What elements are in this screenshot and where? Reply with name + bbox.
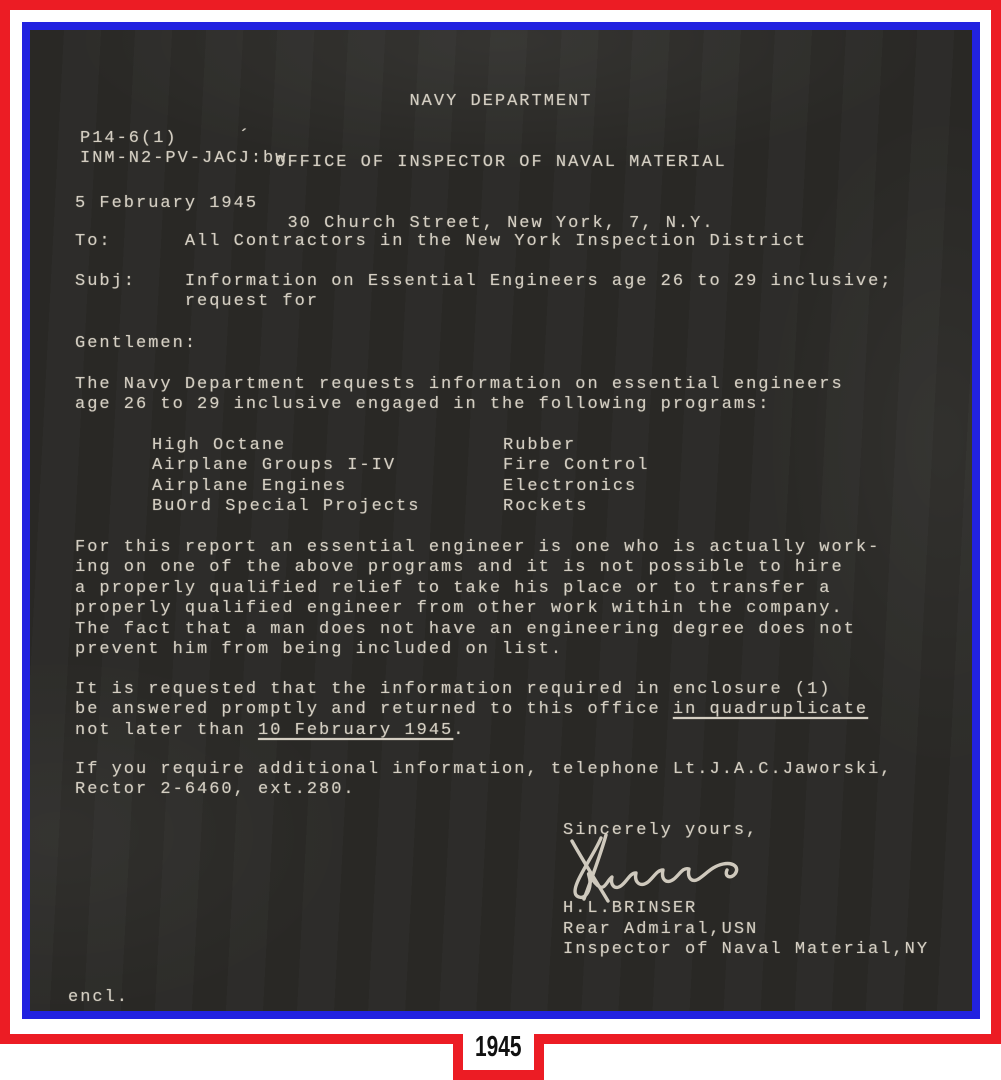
signature-titles: Rear Admiral,USN Inspector of Naval Mate… (563, 920, 929, 961)
scanned-letter-page: NAVY DEPARTMENT OFFICE OF INSPECTOR OF N… (0, 0, 1001, 1080)
request-line-2-text: be answered promptly and returned to thi… (75, 700, 673, 719)
paragraph-request: It is requested that the information req… (75, 680, 868, 741)
year-label: 1945 (475, 1034, 521, 1061)
request-line-2: be answered promptly and returned to thi… (75, 700, 868, 720)
request-line-1: It is requested that the information req… (75, 680, 868, 700)
subject-block: Subj: Information on Essential Engineers… (75, 272, 893, 313)
letterhead-department: NAVY DEPARTMENT (30, 92, 972, 112)
request-line-3: not later than 10 February 1945. (75, 721, 868, 741)
paragraph-definition: For this report an essential engineer is… (75, 538, 880, 660)
underlined-in-quadruplicate: in quadruplicate (673, 700, 868, 719)
signature-handwritten (552, 833, 767, 903)
year-label-tab: 1945 (453, 1034, 544, 1080)
program-list-left: High Octane Airplane Groups I-IV Airplan… (152, 436, 420, 518)
request-line-3-period: . (453, 721, 465, 740)
underlined-deadline-date: 10 February 1945 (258, 721, 453, 740)
request-line-3-text: not later than (75, 721, 258, 740)
date-line: 5 February 1945 (75, 194, 258, 214)
paragraph-contact: If you require additional information, t… (75, 760, 893, 801)
signature-name: H.L.BRINSER (563, 899, 697, 919)
stray-typewriter-mark: ´ (238, 127, 250, 150)
reference-codes: P14-6(1) INM-N2-PV-JACJ:bw (80, 129, 287, 170)
salutation: Gentlemen: (75, 334, 197, 354)
request-line-1-text: It is requested that the information req… (75, 680, 832, 699)
to-line: To: All Contractors in the New York Insp… (75, 232, 807, 252)
program-list-right: Rubber Fire Control Electronics Rockets (503, 436, 649, 518)
paragraph-intro: The Navy Department requests information… (75, 375, 844, 416)
enclosure-note: encl. (68, 988, 129, 1008)
